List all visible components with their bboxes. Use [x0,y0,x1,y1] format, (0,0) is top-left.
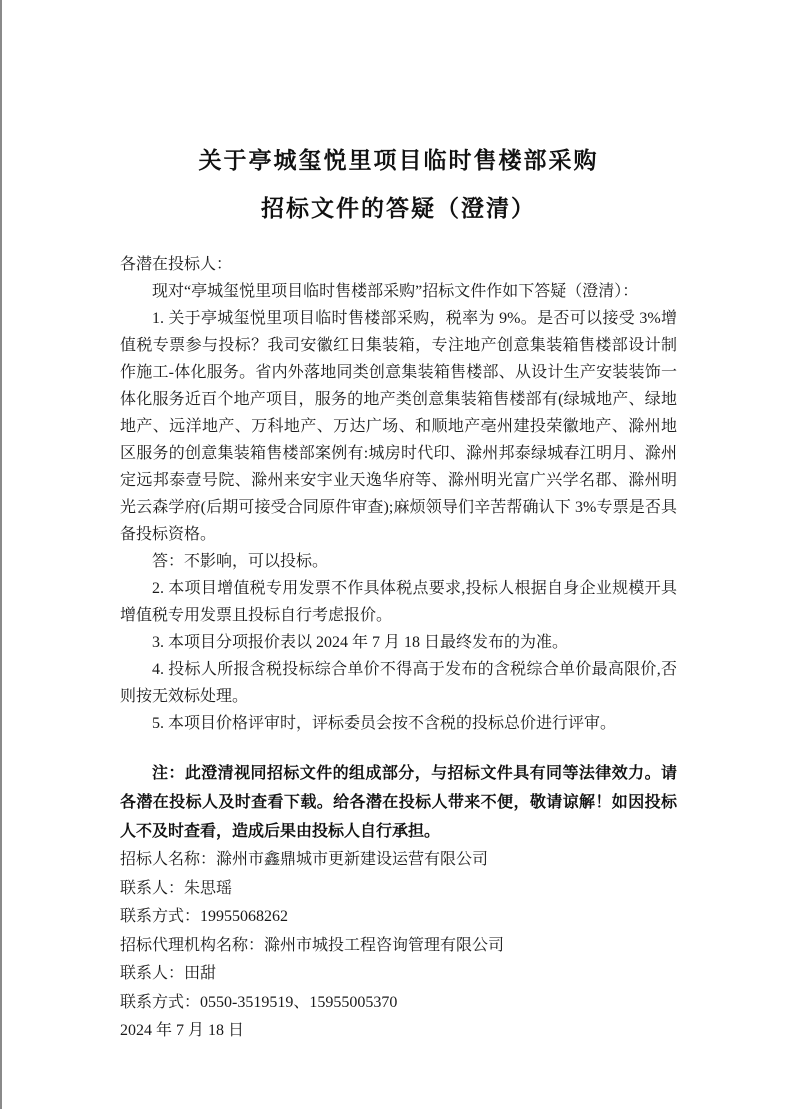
tenderer-phone-line: 联系方式：19955068262 [120,903,677,932]
clause-1-answer: 答：不影响，可以投标。 [120,548,677,575]
intro-paragraph: 现对“亭城玺悦里项目临时售楼部采购”招标文件作如下答疑（澄清）： [120,278,677,305]
tenderer-name-line: 招标人名称：滁州市鑫鼎城市更新建设运营有限公司 [120,846,677,875]
salutation: 各潜在投标人： [120,251,677,278]
agency-contact-person-line: 联系人：田甜 [120,960,677,989]
document-body: 各潜在投标人： 现对“亭城玺悦里项目临时售楼部采购”招标文件作如下答疑（澄清）：… [120,251,677,1046]
title-line-2: 招标文件的答疑（澄清） [120,184,677,232]
clause-5: 5. 本项目价格评审时，评标委员会按不含税的投标总价进行评审。 [120,710,677,737]
document-page: 关于亭城玺悦里项目临时售楼部采购 招标文件的答疑（澄清） 各潜在投标人： 现对“… [0,0,794,1109]
agency-phone-line: 联系方式：0550-3519519、15955005370 [120,989,677,1018]
clause-3: 3. 本项目分项报价表以 2024 年 7 月 18 日最终发布的为准。 [120,629,677,656]
tenderer-contact-person-line: 联系人：朱思瑶 [120,875,677,904]
document-title: 关于亭城玺悦里项目临时售楼部采购 招标文件的答疑（澄清） [120,136,677,232]
contact-block: 招标人名称：滁州市鑫鼎城市更新建设运营有限公司 联系人：朱思瑶 联系方式：199… [120,846,677,1046]
agency-name-line: 招标代理机构名称：滁州市城投工程咨询管理有限公司 [120,932,677,961]
note-paragraph: 注：此澄清视同招标文件的组成部分，与招标文件具有同等法律效力。请各潜在投标人及时… [120,759,677,846]
clause-1-question: 1. 关于亭城玺悦里项目临时售楼部采购，税率为 9%。是否可以接受 3%增值税专… [120,305,677,548]
page-left-edge-line [0,0,2,1109]
document-content: 关于亭城玺悦里项目临时售楼部采购 招标文件的答疑（澄清） 各潜在投标人： 现对“… [120,136,677,1046]
date-line: 2024 年 7 月 18 日 [120,1017,677,1046]
clause-2: 2. 本项目增值税专用发票不作具体税点要求,投标人根据自身企业规模开具增值税专用… [120,575,677,629]
title-line-1: 关于亭城玺悦里项目临时售楼部采购 [120,136,677,184]
clause-4: 4. 投标人所报含税投标综合单价不得高于发布的含税综合单价最高限价,否则按无效标… [120,656,677,710]
